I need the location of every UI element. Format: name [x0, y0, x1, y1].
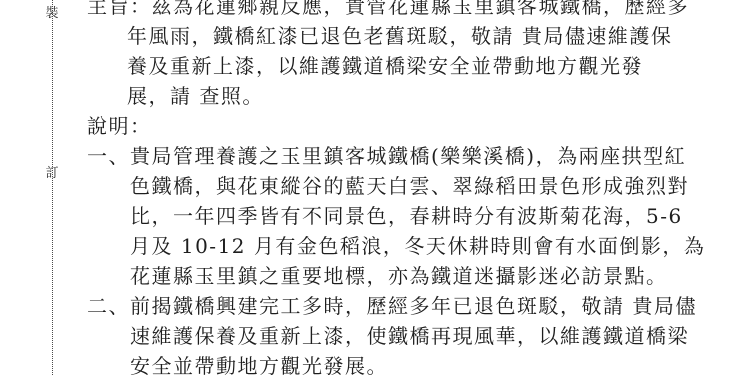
binding-marker: 裝 — [45, 7, 58, 21]
text-line: 色鐵橋，與花東縱谷的藍天白雲、翠綠稻田景色形成強烈對 — [87, 171, 730, 201]
text-line: 年風雨，鐵橋紅漆已退色老舊斑駁，敬請 貴局儘速維護保 — [87, 21, 730, 51]
text-line: 主旨：茲為花蓮鄉親反應，貴管花蓮縣玉里鎮客城鐵橋，歷經多 — [87, 0, 730, 21]
text-line: 展，請 查照。 — [87, 81, 730, 111]
text-line: 比，一年四季皆有不同景色，春耕時分有波斯菊花海，5-6 — [87, 201, 730, 231]
binding-marker: 訂 — [45, 167, 58, 181]
text-line: 安全並帶動地方觀光發展。 — [87, 351, 730, 375]
text-line: 月及 10-12 月有金色稻浪，冬天休耕時則會有水面倒影，為 — [87, 231, 730, 261]
text-line: 說明： — [87, 111, 730, 141]
text-line: 速維護保養及重新上漆，使鐵橋再現風華，以維護鐵道橋梁 — [87, 321, 730, 351]
text-line: 一、貴局管理養護之玉里鎮客城鐵橋(樂樂溪橋)，為兩座拱型紅 — [87, 141, 730, 171]
scanned-official-letter: 裝訂 主旨：茲為花蓮鄉親反應，貴管花蓮縣玉里鎮客城鐵橋，歷經多年風雨，鐵橋紅漆已… — [0, 0, 750, 375]
text-line: 花蓮縣玉里鎮之重要地標，亦為鐵道迷攝影迷必訪景點。 — [87, 261, 730, 291]
text-line: 養及重新上漆，以維護鐵道橋梁安全並帶動地方觀光發 — [87, 51, 730, 81]
document-body: 主旨：茲為花蓮鄉親反應，貴管花蓮縣玉里鎮客城鐵橋，歷經多年風雨，鐵橋紅漆已退色老… — [87, 0, 730, 375]
binding-dotted-line — [52, 0, 53, 375]
text-line: 二、前揭鐵橋興建完工多時，歷經多年已退色斑駁，敬請 貴局儘 — [87, 291, 730, 321]
